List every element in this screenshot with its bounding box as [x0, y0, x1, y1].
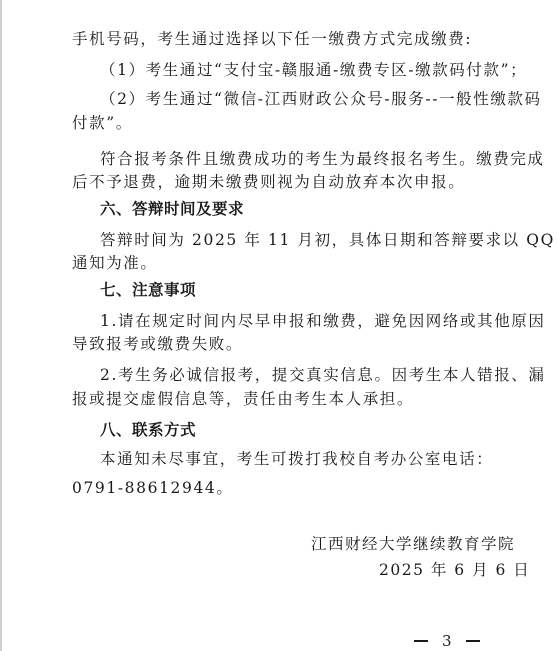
section-heading-notes: 七、注意事项	[100, 280, 196, 300]
paragraph-line: 报或提交虚假信息等，责任由考生本人承担。	[72, 389, 414, 409]
paragraph-line: 通知为准。	[72, 253, 158, 273]
paragraph-line: 答辩时间为 2025 年 11 月初，具体日期和答辩要求以 QQ 群	[100, 230, 557, 250]
page-number-value: 3	[442, 631, 452, 651]
dash-left	[414, 640, 428, 642]
section-heading-contact: 八、联系方式	[100, 420, 196, 440]
payment-method-2: （2）考生通过“微信-江西财政公众号-服务--一般性缴款码	[100, 89, 542, 109]
contact-phone: 0791-88612944。	[72, 478, 233, 498]
paragraph-line: 1.请在规定时间内尽早申报和缴费，避免因网络或其他原因	[100, 311, 546, 331]
payment-method-1: （1）考生通过“支付宝-赣服通-缴费专区-缴款码付款”；	[100, 60, 527, 80]
paragraph-line: 2.考生务必诚信报考，提交真实信息。因考生本人错报、漏	[100, 365, 546, 385]
signature-organization: 江西财经大学继续教育学院	[311, 534, 515, 554]
paragraph-line: 手机号码，考生通过选择以下任一缴费方式完成缴费:	[72, 29, 472, 49]
signature-date: 2025 年 6 月 6 日	[379, 560, 530, 580]
page-number: 3	[414, 631, 480, 651]
paragraph-line: 本通知未尽事宜，考生可拨打我校自考办公室电话：	[100, 449, 493, 469]
paragraph-line: 符合报考条件且缴费成功的考生为最终报名考生。缴费完成	[100, 149, 545, 169]
dash-right	[466, 640, 480, 642]
section-heading-defense-time: 六、答辩时间及要求	[100, 199, 244, 219]
paragraph-line: 付款”。	[72, 113, 133, 133]
paragraph-line: 导致报考或缴费失败。	[72, 334, 243, 354]
page-edge	[0, 0, 2, 651]
paragraph-line: 后不予退费，逾期未缴费则视为自动放弃本次申报。	[72, 172, 465, 192]
